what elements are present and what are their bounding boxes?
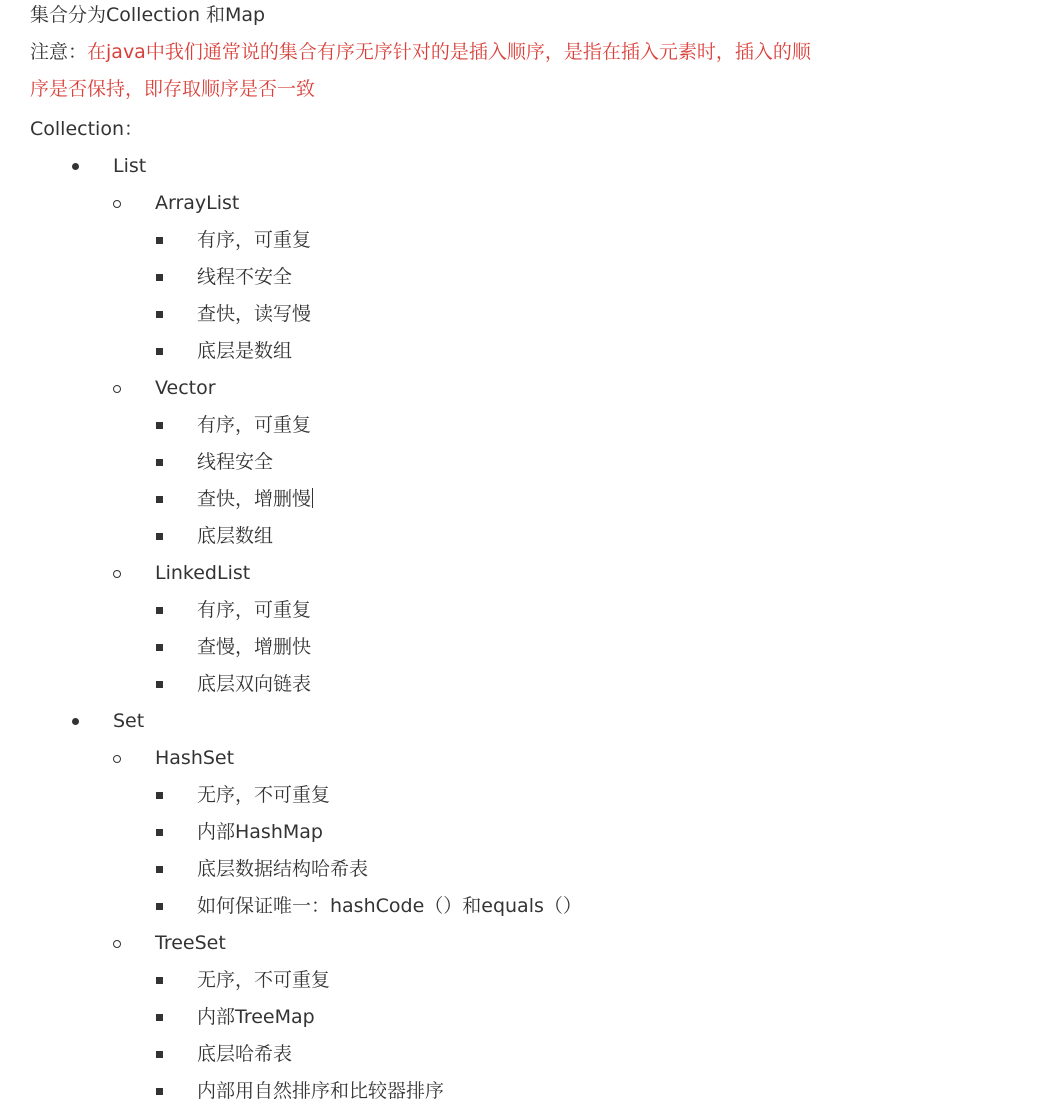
square-bullet-icon xyxy=(153,851,165,888)
circle-bullet-icon xyxy=(111,925,123,962)
square-bullet-icon xyxy=(153,296,165,333)
square-bullet-icon xyxy=(153,222,165,259)
square-bullet-icon xyxy=(153,999,165,1036)
square-bullet-icon xyxy=(153,407,165,444)
square-bullet-icon xyxy=(153,518,165,555)
disc-bullet-icon xyxy=(69,703,81,740)
disc-bullet-icon xyxy=(69,148,81,185)
square-bullet-icon xyxy=(153,888,165,925)
square-bullet-icon xyxy=(153,592,165,629)
square-bullet-icon xyxy=(153,1036,165,1073)
intro-title: 集合分为Collection 和Map xyxy=(30,0,265,34)
square-bullet-icon xyxy=(153,629,165,666)
square-bullet-icon xyxy=(153,814,165,851)
circle-bullet-icon xyxy=(111,555,123,592)
square-bullet-icon xyxy=(153,666,165,703)
note-line-2: 序是否保持，即存取顺序是否一致 xyxy=(30,71,315,108)
square-bullet-icon xyxy=(153,1073,165,1110)
square-bullet-icon xyxy=(153,444,165,481)
square-bullet-icon xyxy=(153,333,165,370)
collection-heading: Collection： xyxy=(30,111,143,148)
circle-bullet-icon xyxy=(111,740,123,777)
square-bullet-icon xyxy=(153,259,165,296)
editable-text-with-caret[interactable]: 查快，增删慢 xyxy=(197,481,313,518)
note-label: 注意： xyxy=(30,41,87,63)
note-line-1: 注意：在java中我们通常说的集合有序无序针对的是插入顺序，是指在插入元素时，插… xyxy=(30,34,811,71)
text-caret xyxy=(312,488,313,508)
square-bullet-icon xyxy=(153,777,165,814)
square-bullet-icon xyxy=(153,962,165,999)
square-bullet-icon xyxy=(153,481,165,518)
circle-bullet-icon xyxy=(111,370,123,407)
circle-bullet-icon xyxy=(111,185,123,222)
note-text-1: 在java中我们通常说的集合有序无序针对的是插入顺序，是指在插入元素时，插入的顺 xyxy=(87,41,811,63)
